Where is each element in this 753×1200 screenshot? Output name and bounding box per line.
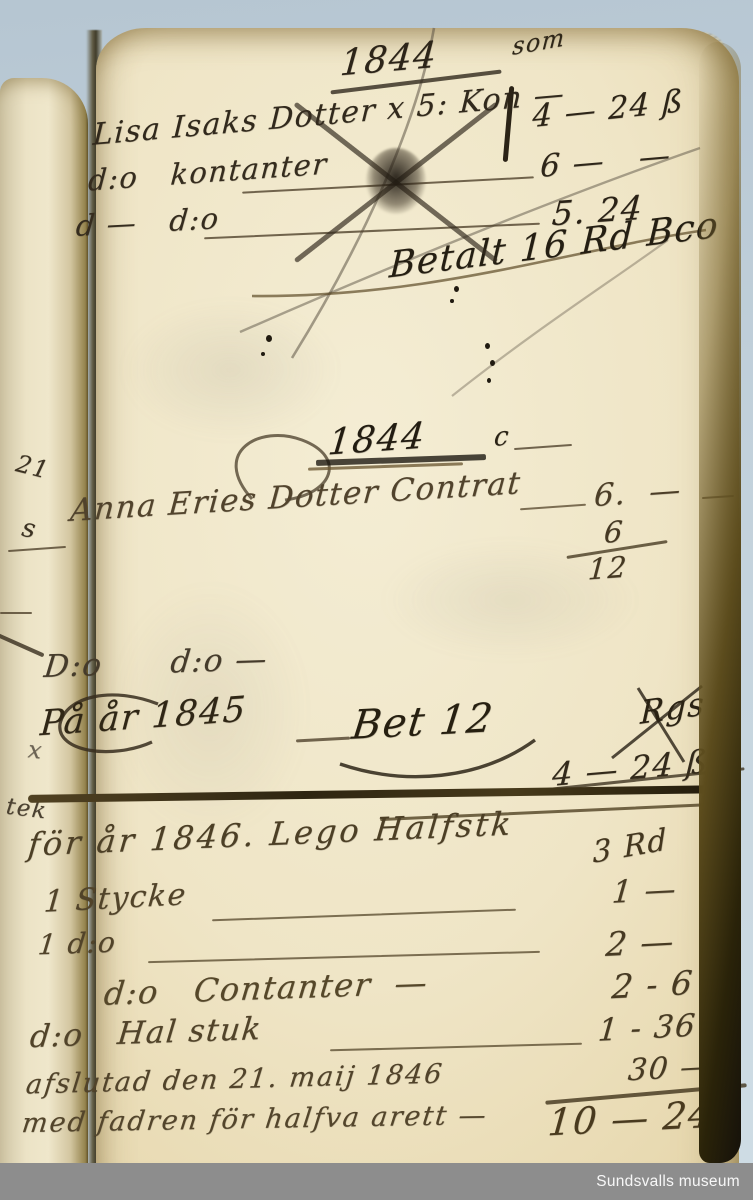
entry-row3-label: d — d:o xyxy=(75,204,221,241)
entry-1846-r4-value: 2 - 6 xyxy=(611,966,695,1003)
ditto-line: D:o d:o — xyxy=(42,644,269,683)
heading-flourish: c xyxy=(493,423,511,451)
entry-1846-r2-value: 1 — xyxy=(611,874,679,909)
entry-1846-r7-value: 10 — 24 xyxy=(546,1096,714,1142)
ink-speck xyxy=(487,378,491,383)
ink-speck xyxy=(261,352,265,356)
left-page-stroke xyxy=(8,546,66,552)
ink-speck xyxy=(490,360,495,366)
ink-speck xyxy=(450,299,454,303)
ink-speck xyxy=(454,286,459,292)
book-fore-edge xyxy=(699,42,741,1163)
museum-credit: Sundsvalls museum xyxy=(596,1173,740,1191)
ink-speck xyxy=(266,335,272,342)
entry-1846-r3-label: 1 d:o xyxy=(37,929,118,960)
show-through-mark xyxy=(120,300,340,440)
ledger-photo: 21 s x tek 1844 som Lisa Isaks Dotter x … xyxy=(0,0,753,1200)
ink-speck xyxy=(485,343,490,349)
scribble-rgs: Rgs xyxy=(640,687,706,729)
credit-bar: Sundsvalls museum xyxy=(0,1163,753,1200)
ink-blot xyxy=(366,148,426,214)
entry-1846-r5-label: d:o Hal stuk xyxy=(28,1014,263,1053)
left-page-fragment: 21 xyxy=(14,451,52,482)
year-heading-top: 1844 xyxy=(339,38,439,83)
left-page-stroke xyxy=(0,612,32,614)
entry-1846-r7-label: med fadren för halfva arett — xyxy=(20,1102,489,1137)
year-heading-mid: 1844 xyxy=(326,418,427,461)
entry-anna-value: 6. — xyxy=(593,475,683,512)
entry-1846-r3-value: 2 — xyxy=(605,924,677,961)
left-page-stroke xyxy=(0,633,45,658)
fraction-denominator: 12 xyxy=(587,553,629,585)
entry-1845-paid: Bet 12 xyxy=(350,698,497,746)
fraction-numerator: 6 xyxy=(603,517,625,548)
left-page-fragment: s xyxy=(20,515,39,543)
entry-1846-r2-label: 1 Stycke xyxy=(43,880,188,918)
